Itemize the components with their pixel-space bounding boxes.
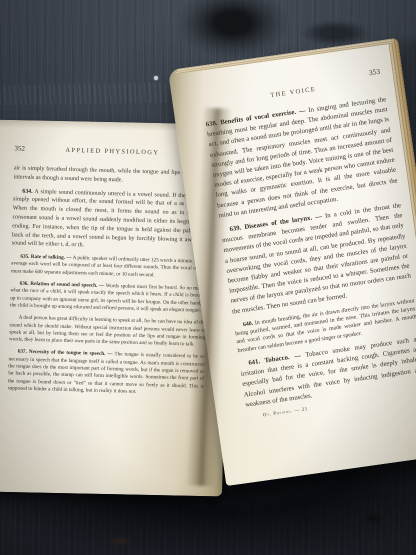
wood-knot [178,0,288,58]
left-page-number: 352 [14,144,25,152]
paragraph-638: 638. Benefits of vocal exercise. — In si… [205,95,399,221]
section-number: 634. [22,188,33,194]
paragraph-continuation: air is simply breathed through the mouth… [13,164,209,187]
wood-scratches [0,83,170,106]
paragraph-text: The tongue is usually considered to be s… [8,352,205,395]
paragraph-text: Words spoken must first be heard. So no … [10,283,207,314]
paragraph-637: 637. Necessity of the tongue in speech. … [8,349,205,398]
paragraph-639: 639. Diseases of the larynx. — In a cold… [220,201,413,317]
paragraph-text: A deaf person has great difficulty in le… [9,315,206,348]
paragraph-text: air is simply breathed through the mouth… [14,165,210,183]
wood-speck [154,76,158,80]
wood-knot-small [300,20,370,46]
photo-of-open-book: 352 APPLIED PHYSIOLOGY air is simply bre… [0,0,416,555]
paragraph-635: 635. Rate of talking. — A public speaker… [11,254,208,281]
paragraph-636: 636. Relation of sound and speech. — Wor… [10,280,207,315]
section-number: 640. [243,321,254,328]
paragraph-deaf-person: A deaf person has great difficulty in le… [9,315,206,350]
right-page-number: 353 [368,67,380,77]
paragraph-634: 634. A simple sound continuously uttered… [12,187,210,254]
paragraph-text: A simple sound continuously uttered is a… [12,189,210,249]
